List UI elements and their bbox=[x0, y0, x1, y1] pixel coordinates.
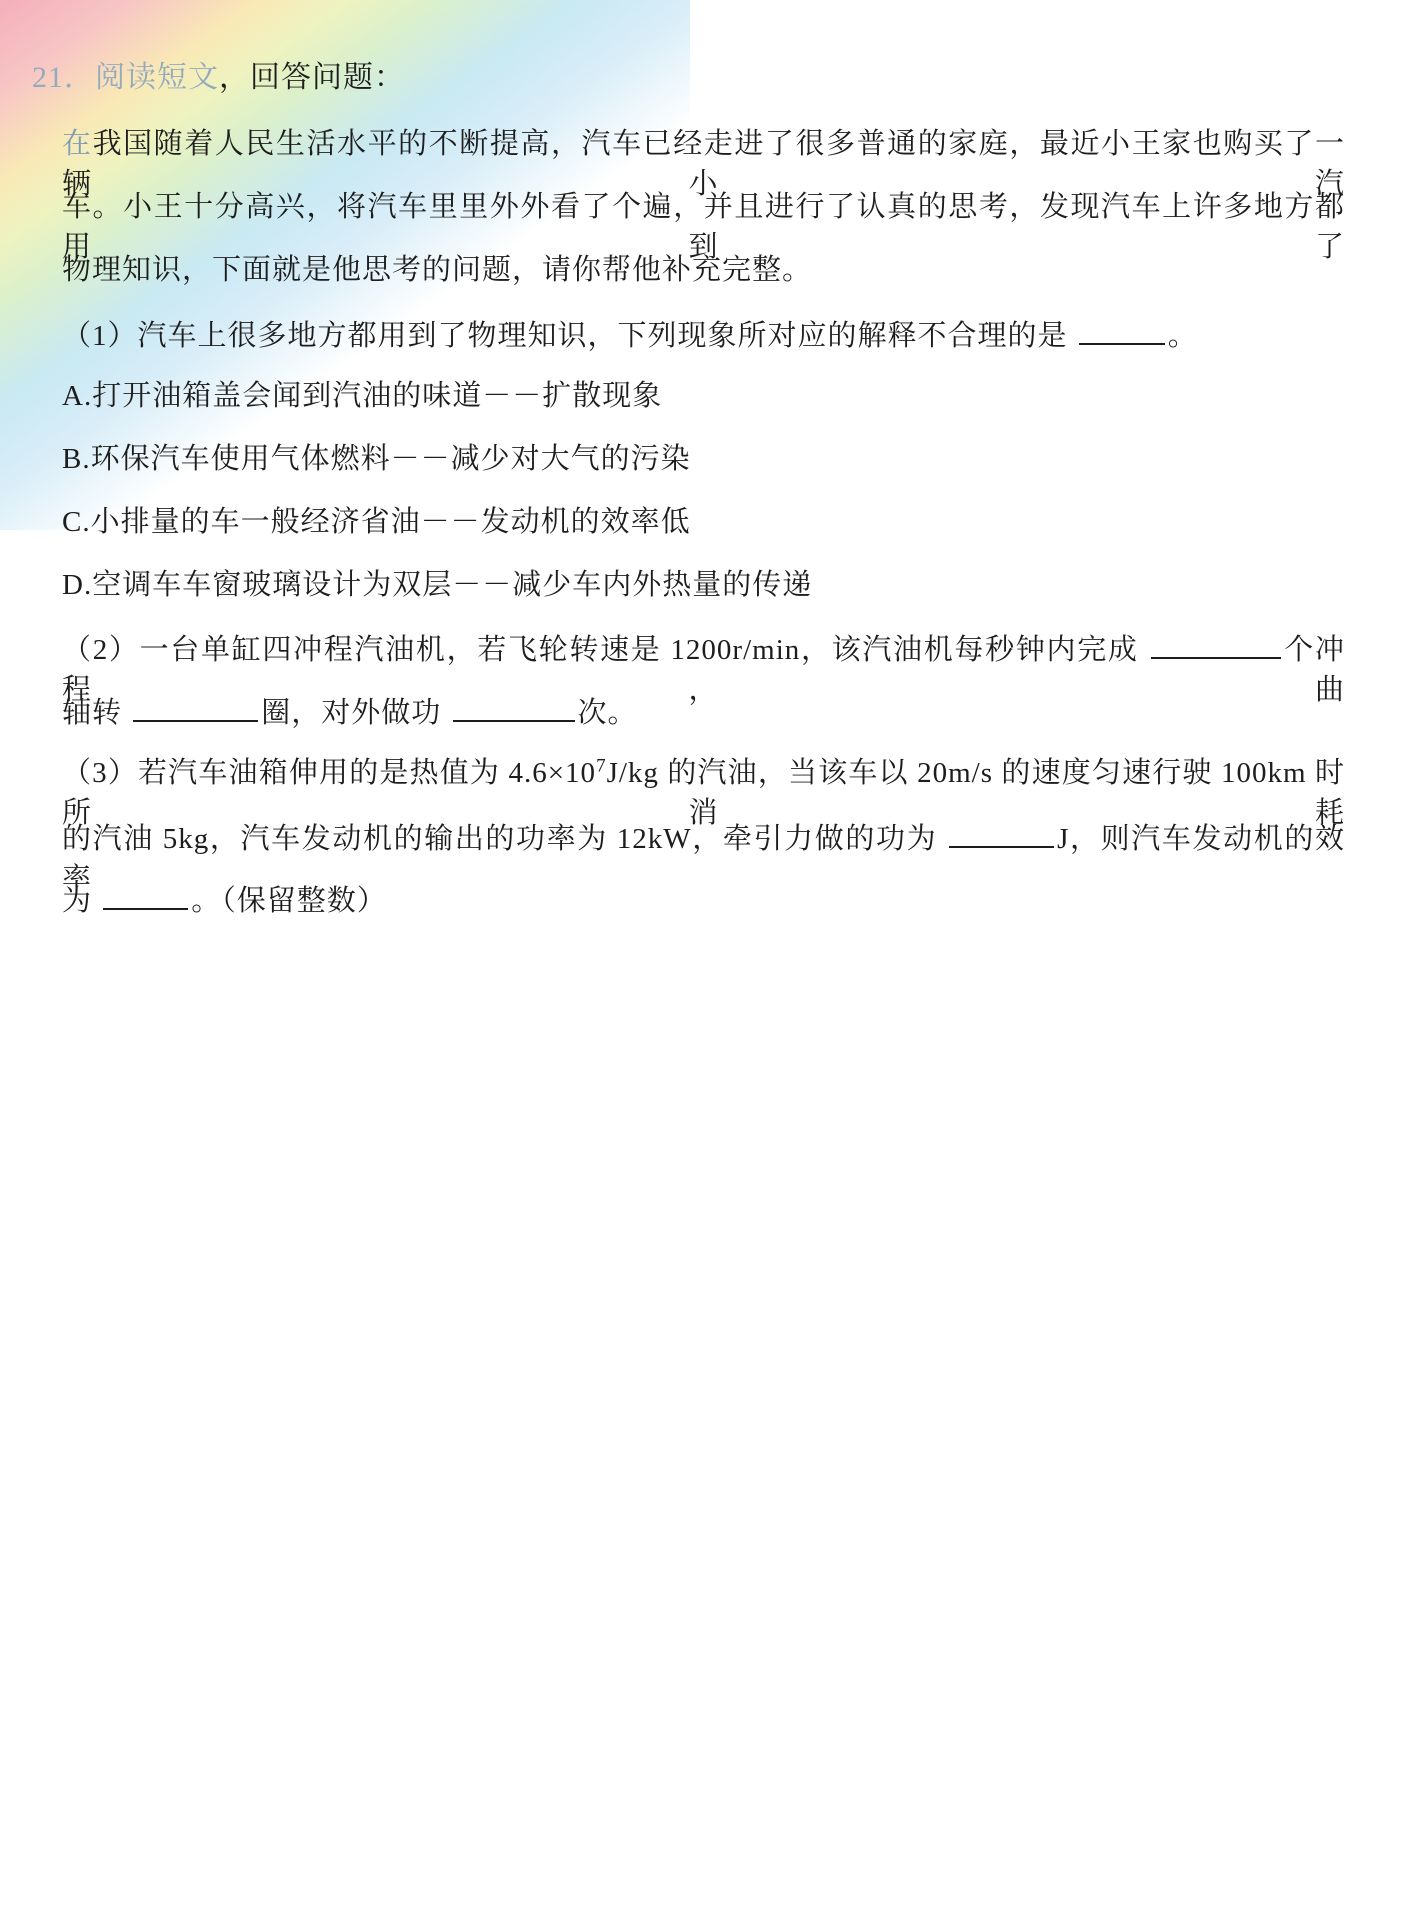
question-number: 21．阅读短文 bbox=[32, 61, 219, 94]
answer-blank bbox=[133, 690, 258, 722]
sub-question-2-line-2: 轴转 圈，对外做功 次。 bbox=[62, 690, 1345, 733]
q1-period: 。 bbox=[1168, 320, 1198, 352]
sub-question-3-line-3: 为 。（保留整数） bbox=[62, 878, 1345, 921]
q3-l3-b: 。（保留整数） bbox=[191, 885, 387, 917]
answer-blank bbox=[949, 816, 1054, 848]
answer-blank bbox=[1151, 627, 1281, 659]
question-title-text: ，回答问题： bbox=[219, 61, 405, 94]
option-b: B.环保汽车使用气体燃料－－减少对大气的污染 bbox=[62, 439, 1345, 479]
q3-l3-a: 为 bbox=[62, 885, 92, 917]
option-a: A.打开油箱盖会闻到汽油的味道－－扩散现象 bbox=[62, 376, 1345, 416]
q2-stem: （2）一台单缸四冲程汽油机，若飞轮转速是 1200r/min，该汽油机每秒钟内完… bbox=[62, 634, 1139, 666]
worksheet-page: 21．阅读短文，回答问题： 在我国随着人民生活水平的不断提高，汽车已经走进了很多… bbox=[0, 0, 1410, 1920]
answer-blank bbox=[1079, 313, 1165, 345]
q3-l1-a: （3）若汽车油箱伸用的是热值为 4.6×10 bbox=[62, 757, 596, 789]
intro-first-char: 在 bbox=[62, 128, 93, 160]
sub-question-1: （1）汽车上很多地方都用到了物理知识，下列现象所对应的解释不合理的是 。 bbox=[62, 313, 1345, 356]
answer-blank bbox=[453, 690, 575, 722]
intro-line-3: 物理知识，下面就是他思考的问题，请你帮他补充完整。 bbox=[62, 250, 1345, 290]
q1-stem: （1）汽车上很多地方都用到了物理知识，下列现象所对应的解释不合理的是 bbox=[62, 320, 1068, 352]
q3-l2-a: 的汽油 5kg，汽车发动机的输出的功率为 12kW，牵引力做的功为 bbox=[62, 823, 937, 855]
answer-blank bbox=[103, 878, 188, 910]
q2-l2-a: 轴转 bbox=[62, 697, 122, 729]
q2-l2-b: 圈，对外做功 bbox=[261, 697, 441, 729]
option-c: C.小排量的车一般经济省油－－发动机的效率低 bbox=[62, 502, 1345, 542]
exponent: 7 bbox=[596, 755, 607, 776]
q2-l2-c: 次。 bbox=[578, 697, 638, 729]
option-d: D.空调车车窗玻璃设计为双层－－减少车内外热量的传递 bbox=[62, 565, 1345, 605]
question-title: 21．阅读短文，回答问题： bbox=[32, 58, 1315, 98]
